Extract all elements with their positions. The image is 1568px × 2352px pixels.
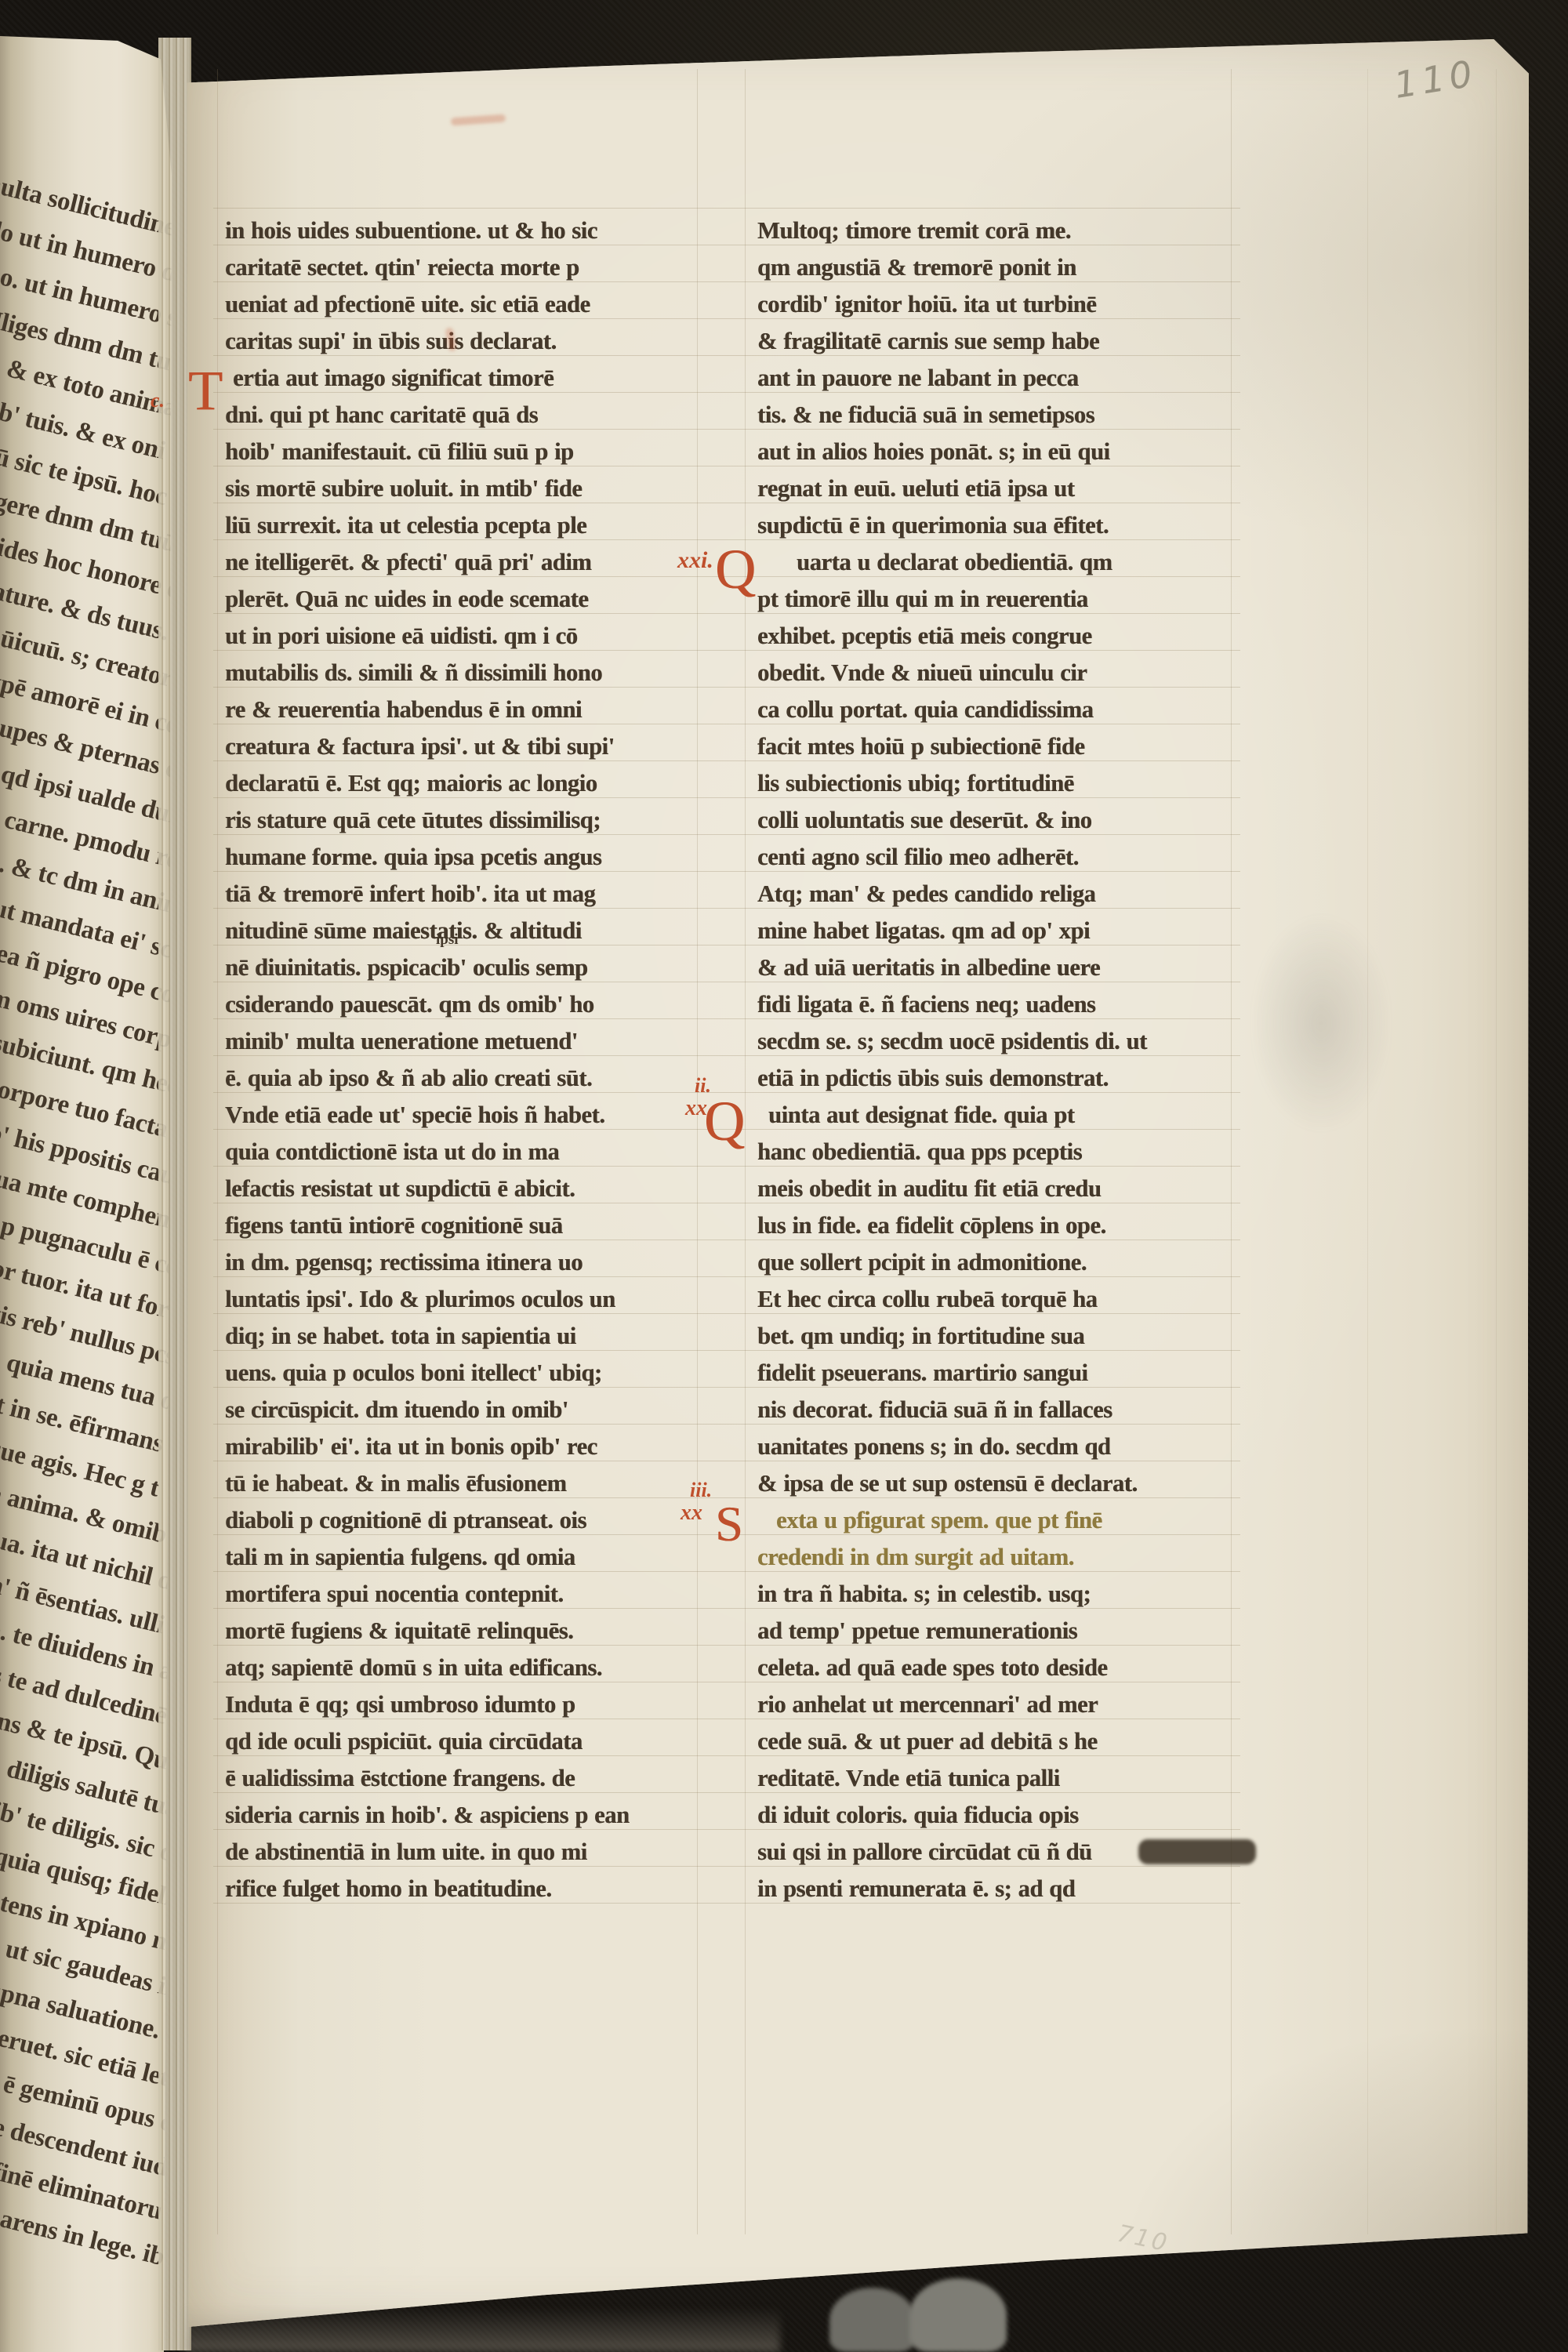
text-line: cede suā. & ut puer ad debitā s he [757, 1724, 1237, 1761]
text-line: figens tantū intiorē cognitionē suā [225, 1208, 705, 1245]
text-line: Atq; man' & pedes candido religa [757, 877, 1237, 913]
ruling-vertical [1367, 69, 1368, 2234]
chapter-initial-sexta: S [715, 1499, 743, 1549]
chapter-number-mark: ii. [695, 1076, 711, 1096]
ink-smudge [1138, 1839, 1256, 1864]
page-edges [158, 38, 191, 2350]
text-line: tali m in sapientia fulgens. qd omia [225, 1540, 705, 1577]
text-line: & ipsa de se ut sup ostensū ē declarat. [757, 1466, 1237, 1503]
text-line: que sollert pcipit in admonitione. [757, 1245, 1237, 1282]
text-line: pt timorē illu qui m in reuerentia [757, 582, 1237, 619]
text-line: hoib' manifestauit. cū filiū suū p ip [225, 434, 705, 471]
text-line: quia contdictionē ista ut do in ma [225, 1134, 705, 1171]
text-line: ē. quia ab ipso & ñ ab alio creati sūt. [225, 1061, 705, 1098]
text-line: uinta aut designat fide. quia pt [757, 1098, 1237, 1134]
text-line: bet. qm undiq; in fortitudine sua [757, 1319, 1237, 1356]
text-line: Multoq; timore tremit corā me. [757, 213, 1237, 250]
chapter-initial-quinta: Q [704, 1093, 745, 1149]
text-line: ne itelligerēt. & pfecti' quā pri' adim [225, 545, 705, 582]
text-line: liū surrexit. ita ut celestia pcepta ple [225, 508, 705, 545]
interlinear-gloss: ipsi [436, 931, 459, 949]
text-line: etiā in pdictis ūbis suis demonstrat. [757, 1061, 1237, 1098]
text-line: mine habet ligatas. qm ad op' xpi [757, 913, 1237, 950]
chapter-initial-quarta: Q [715, 541, 756, 597]
text-line: meis obedit in auditu fit etiā credu [757, 1171, 1237, 1208]
text-line: mortē fugiens & iquitatē relinquēs. [225, 1613, 705, 1650]
text-line: plerēt. Quā nc uides in eode scemate [225, 582, 705, 619]
text-line: credendi in dm surgit ad uitam. [757, 1540, 1237, 1577]
ruling-vertical [1496, 69, 1497, 2234]
text-line: mirabilib' ei'. ita ut in bonis opib' re… [225, 1429, 705, 1466]
text-line: facit mtes hoiū p subiectionē fide [757, 729, 1237, 766]
text-line: reditatē. Vnde etiā tunica palli [757, 1761, 1237, 1798]
text-line: declaratū ē. Est qq; maioris ac longio [225, 766, 705, 803]
left-column: in hois uides subuentione. ut & ho sicca… [225, 213, 705, 1908]
text-line: sis mortē subire uoluit. in mtib' fide [225, 471, 705, 508]
text-line: ueniat ad pfectionē uite. sic etiā eade [225, 287, 705, 324]
chapter-number-mark: xx [681, 1502, 702, 1524]
text-line: supdictū ē in querimonia sua ēfitet. [757, 508, 1237, 545]
parchment-stain [1250, 913, 1392, 1133]
text-line: tū ie habeat. & in malis ēfusionem [225, 1466, 705, 1503]
text-line: sideria carnis in hoib'. & aspiciens p e… [225, 1798, 705, 1835]
text-line: diaboli p cognitionē di ptranseat. ois [225, 1503, 705, 1540]
chapter-number-mark: xx [685, 1098, 707, 1120]
text-line: nitudinē sūme maiestatis. & altitudi [225, 913, 705, 950]
right-column: Multoq; timore tremit corā me.qm angusti… [757, 213, 1237, 1908]
text-line: in tra ñ habita. s; in celestib. usq; [757, 1577, 1237, 1613]
text-line: tis. & ne fiduciā suā in semetipsos [757, 397, 1237, 434]
text-line: in hois uides subuentione. ut & ho sic [225, 213, 705, 250]
text-line: dni. qui pt hanc caritatē quā ds [225, 397, 705, 434]
text-line: se circūspicit. dm ituendo in omib' [225, 1392, 705, 1429]
text-line: minib' multa ueneratione metuend' [225, 1024, 705, 1061]
text-line: lefactis resistat ut supdictū ē abicit. [225, 1171, 705, 1208]
text-line: centi agno scil filio meo adherēt. [757, 840, 1237, 877]
text-line: caritatē sectet. qtin' reiecta morte p [225, 250, 705, 287]
manuscript-photo: n multa sollicitudine poin do ut in hume… [0, 0, 1568, 2352]
text-line: uanitates ponens s; in do. secdm qd [757, 1429, 1237, 1466]
text-line: caritas supi' in ūbis suis declarat. [225, 324, 705, 361]
text-line: ca collu portat. quia candidissima [757, 692, 1237, 729]
text-line: hanc obedientiā. qua pps pceptis [757, 1134, 1237, 1171]
ruling-vertical [745, 69, 746, 2234]
text-line: di iduit coloris. quia fiducia opis [757, 1798, 1237, 1835]
text-line: lis subiectionis ubiq; fortitudinē [757, 766, 1237, 803]
text-line: luntatis ipsi'. Ido & plurimos oculos un [225, 1282, 705, 1319]
text-line: mortifera spui nocentia contepnit. [225, 1577, 705, 1613]
clamp-shadow [909, 2278, 1007, 2352]
text-line: cordib' ignitor hoiū. ita ut turbinē [757, 287, 1237, 324]
text-line: secdm se. s; secdm uocē psidentis di. ut [757, 1024, 1237, 1061]
text-line: rio anhelat ut mercennari' ad mer [757, 1687, 1237, 1724]
text-line: de abstinentiā in lum uite. in quo mi [225, 1835, 705, 1871]
text-line: atq; sapientē domū s in uita edificans. [225, 1650, 705, 1687]
text-line: tiā & tremorē infert hoib'. ita ut mag [225, 877, 705, 913]
text-line: regnat in euū. ueluti etiā ipsa ut [757, 471, 1237, 508]
text-line: Et hec circa collu rubeā torquē ha [757, 1282, 1237, 1319]
text-line: uens. quia p oculos boni itellect' ubiq; [225, 1356, 705, 1392]
chapter-number-mark: xxi. [677, 549, 713, 572]
chapter-initial-tertia: T [188, 362, 223, 419]
text-line: in psenti remunerata ē. s; ad qd [757, 1871, 1237, 1908]
text-line: colli uoluntatis sue deserūt. & ino [757, 803, 1237, 840]
clamp-shadow [829, 2288, 916, 2352]
text-line: rifice fulget homo in beatitudine. [225, 1871, 705, 1908]
text-line: in dm. pgensq; rectissima itinera uo [225, 1245, 705, 1282]
text-line: ut in pori uisione eā uidisti. qm i cō [225, 619, 705, 655]
text-line: diq; in se habet. tota in sapientia ui [225, 1319, 705, 1356]
text-line: Vnde etiā eade ut' speciē hois ñ habet. [225, 1098, 705, 1134]
facing-page-text: n multa sollicitudine poin do ut in hume… [0, 36, 173, 2352]
text-line: qd ide oculi pspiciūt. quia circūdata [225, 1724, 705, 1761]
text-line: fidi ligata ē. ñ faciens neq; uadens [757, 987, 1237, 1024]
text-line: ad temp' ppetue remunerationis [757, 1613, 1237, 1650]
text-line: ertia aut imago significat timorē [225, 361, 705, 397]
text-line: & fragilitatē carnis sue semp habe [757, 324, 1237, 361]
text-line: ē ualidissima ēstctione frangens. de [225, 1761, 705, 1798]
text-line: qm angustiā & tremorē ponit in [757, 250, 1237, 287]
chapter-number-mark: c. [151, 390, 165, 411]
text-line: humane forme. quia ipsa pcetis angus [225, 840, 705, 877]
text-line: lus in fide. ea fidelit cōplens in ope. [757, 1208, 1237, 1245]
text-line: & ad uiā ueritatis in albedine uere [757, 950, 1237, 987]
page-bottom-blur [184, 2307, 780, 2352]
text-line: obedit. Vnde & niueū uinculu cir [757, 655, 1237, 692]
text-line: Induta ē qq; qsi umbroso idumto p [225, 1687, 705, 1724]
text-line: csiderando pauescāt. qm ds omib' ho [225, 987, 705, 1024]
text-line: fidelit pseuerans. martirio sangui [757, 1356, 1237, 1392]
text-line: re & reuerentia habendus ē in omni [225, 692, 705, 729]
chapter-number-mark: iii. [690, 1480, 712, 1501]
text-line: mutabilis ds. simili & ñ dissimili hono [225, 655, 705, 692]
text-line: nis decorat. fiduciā suā ñ in fallaces [757, 1392, 1237, 1429]
text-line: ris stature quā cete ūtutes dissimilisq; [225, 803, 705, 840]
text-line: exta u pfigurat spem. que pt finē [757, 1503, 1237, 1540]
text-line: ant in pauore ne labant in pecca [757, 361, 1237, 397]
facing-page-sliver: n multa sollicitudine poin do ut in hume… [0, 36, 173, 2352]
text-line: exhibet. pceptis etiā meis congrue [757, 619, 1237, 655]
text-line: celeta. ad quā eade spes toto deside [757, 1650, 1237, 1687]
text-line: aut in alios hoies ponāt. s; in eū qui [757, 434, 1237, 471]
text-line: uarta u declarat obedientiā. qm [757, 545, 1237, 582]
text-line: creatura & factura ipsi'. ut & tibi supi… [225, 729, 705, 766]
text-line: nē diuinitatis. pspicacib' oculis semp [225, 950, 705, 987]
